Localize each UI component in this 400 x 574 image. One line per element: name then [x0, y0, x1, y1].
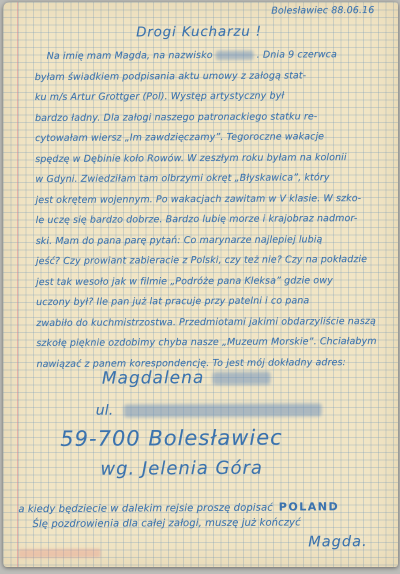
- body-line: jest okrętem wojennym. Po wakacjach zawi…: [35, 188, 379, 211]
- body-line1-before: Na imię mam Magda, na nazwisko: [47, 50, 213, 62]
- body-line: szkołę pięknie ozdobimy chyba nasze „Muz…: [36, 332, 380, 355]
- address-postal-city: 59-700 Bolesławiec: [4, 425, 339, 451]
- salutation: Drogi Kucharzu !: [3, 23, 397, 41]
- signature-first-name: Magdalena: [102, 368, 205, 389]
- postscript-line2: Ślę pozdrowienia dla całej załogi, muszę…: [32, 517, 300, 530]
- letter-body: Na imię mam Magda, na nazwisko. Dnia 9 c…: [35, 45, 381, 375]
- letter-content: Bolesławiec 88.06.16 Drogi Kucharzu ! Na…: [3, 2, 398, 567]
- redacted-signature-surname: [212, 371, 270, 384]
- address-region: wg. Jelenia Góra: [4, 457, 359, 480]
- street-label: ul.: [96, 403, 114, 419]
- postscript-line1: a kiedy będziecie w dalekim rejsie prosz…: [18, 500, 339, 515]
- faint-stamp: [19, 549, 101, 559]
- body-line: spędzę w Dębinie koło Rowów. W zeszłym r…: [35, 147, 379, 170]
- letter-date: Bolesławiec 88.06.16: [271, 5, 374, 17]
- body-line: le uczę się bardzo dobrze. Bardzo lubię …: [36, 209, 380, 232]
- body-line: cytowałam wiersz „Im zawdzięczamy”. Tego…: [35, 127, 379, 150]
- country-label: POLAND: [279, 500, 339, 513]
- redacted-street-address: [123, 403, 321, 417]
- closing-signature: Magda.: [308, 534, 367, 550]
- body-line: zwabiło do kuchmistrzostwa. Przedmiotami…: [36, 311, 380, 334]
- body-line: Na imię mam Magda, na nazwisko. Dnia 9 c…: [35, 45, 379, 68]
- body-line: bardzo ładny. Dla załogi naszego patrona…: [35, 106, 379, 129]
- redacted-surname: [216, 51, 254, 60]
- body-line: w Gdyni. Zwiedziłam tam olbrzymi okręt „…: [35, 168, 379, 191]
- body-line: jeść? Czy prowiant zabieracie z Polski, …: [36, 250, 380, 273]
- address-street-line: ul.: [96, 401, 322, 418]
- body-line: uczony był? Ile pan już lat pracuje przy…: [36, 291, 380, 314]
- letter-scan-paper: Bolesławiec 88.06.16 Drogi Kucharzu ! Na…: [3, 2, 398, 567]
- body-line: ski. Mam do pana parę pytań: Co marynarz…: [36, 229, 380, 252]
- body-line: jest tak wesoło jak w filmie „Podróże pa…: [36, 270, 380, 293]
- signature-name-line: Magdalena: [4, 367, 369, 389]
- body-line: ku m/s Artur Grottger (Pol). Występ arty…: [35, 86, 379, 109]
- body-line: byłam świadkiem podpisania aktu umowy z …: [35, 65, 379, 88]
- body-line1-after: . Dnia 9 czerwca: [257, 49, 337, 60]
- postscript-line1-text: a kiedy będziecie w dalekim rejsie prosz…: [18, 503, 272, 516]
